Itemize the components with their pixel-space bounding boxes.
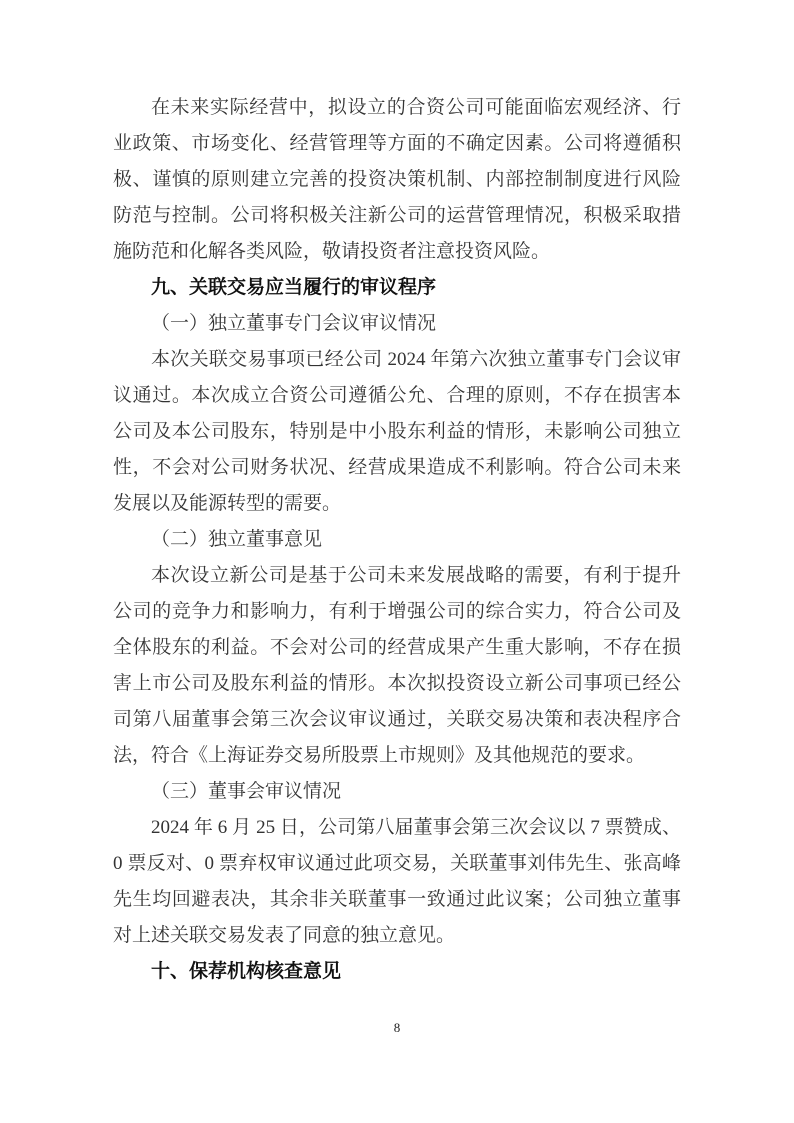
- document-page: 在未来实际经营中，拟设立的合资公司可能面临宏观经济、行业政策、市场变化、经营管理…: [0, 0, 794, 1123]
- section-10-heading: 十、保荐机构核查意见: [113, 954, 681, 990]
- section-9-sub-2-heading: （二）独立董事意见: [113, 522, 681, 558]
- page-number: 8: [0, 1020, 794, 1036]
- risk-disclosure-paragraph: 在未来实际经营中，拟设立的合资公司可能面临宏观经济、行业政策、市场变化、经营管理…: [113, 90, 681, 270]
- section-9-sub-3-heading: （三）董事会审议情况: [113, 774, 681, 810]
- section-9-sub-3-paragraph: 2024 年 6 月 25 日，公司第八届董事会第三次会议以 7 票赞成、0 票…: [113, 810, 681, 954]
- section-9-heading: 九、关联交易应当履行的审议程序: [113, 270, 681, 306]
- document-content: 在未来实际经营中，拟设立的合资公司可能面临宏观经济、行业政策、市场变化、经营管理…: [113, 90, 681, 990]
- section-9-sub-1-heading: （一）独立董事专门会议审议情况: [113, 306, 681, 342]
- section-9-sub-2-paragraph: 本次设立新公司是基于公司未来发展战略的需要，有利于提升公司的竞争力和影响力，有利…: [113, 558, 681, 774]
- section-9-sub-1-paragraph: 本次关联交易事项已经公司 2024 年第六次独立董事专门会议审议通过。本次成立合…: [113, 342, 681, 522]
